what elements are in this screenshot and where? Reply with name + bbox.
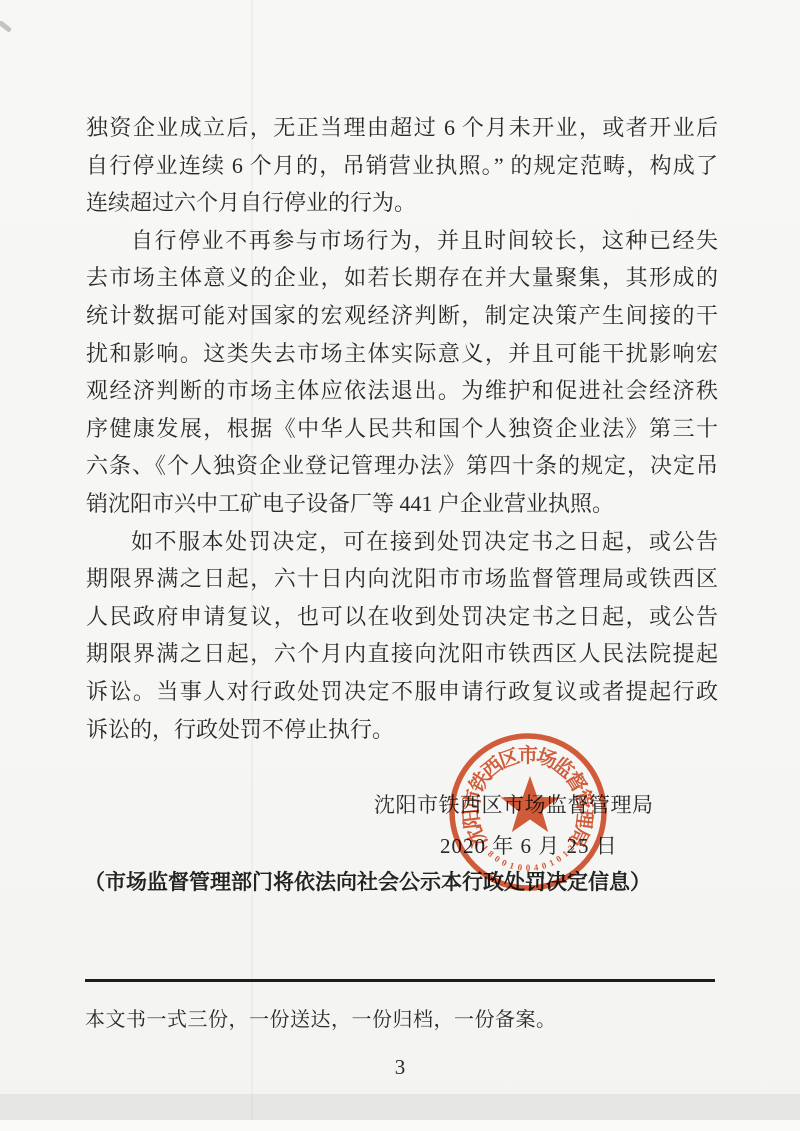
text-line: 连续超过六个月自行停业的行为。 [86,184,718,222]
text-line: 六条、《个人独资企业登记管理办法》第四十条的规定，决定吊 [86,447,718,485]
seal-code-digit: 0 [500,857,509,868]
official-red-seal: 沈阳市铁西区市场监督管理局2101040010081 [448,732,608,892]
scan-artifact-mark [0,20,12,33]
seal-code-digit: 0 [517,862,523,873]
scan-bottom-edge [0,1094,800,1120]
seal-code-digit: 1 [508,860,516,871]
document-body: 独资企业成立后，无正当理由超过 6 个月未开业，或者开业后自行停业连续 6 个月… [86,109,718,748]
scanned-document-page: 独资企业成立后，无正当理由超过 6 个月未开业，或者开业后自行停业连续 6 个月… [0,0,800,1131]
text-line: 诉讼。当事人对行政处罚决定不服申请行政复议或者提起行政 [86,673,718,711]
text-line: 自行停业不再参与市场行为，并且时间较长，这种已经失 [86,222,718,260]
text-line: 统计数据可能对国家的宏观经济判断，制定决策产生间接的干 [86,297,718,335]
text-line: 期限界满之日起，六十日内向沈阳市市场监督管理局或铁西区 [86,560,718,598]
footer-divider [85,979,715,982]
text-line: 扰和影响。这类失去市场主体实际意义，并且可能干扰影响宏 [86,335,718,373]
text-line: 期限界满之日起，六个月内直接向沈阳市铁西区人民法院提起 [86,635,718,673]
scan-bottom-strip [0,1120,800,1131]
text-line: 独资企业成立后，无正当理由超过 6 个月未开业，或者开业后 [86,109,718,147]
page-number: 3 [0,1055,800,1080]
text-line: 销沈阳市兴中工矿电子设备厂等 441 户企业营业执照。 [86,485,718,523]
text-line: 观经济判断的市场主体应依法退出。为维护和促进社会经济秩 [86,372,718,410]
seal-code-digit: 0 [526,863,531,873]
seal-code-digit: 4 [533,862,539,873]
seal-star-icon [501,776,560,832]
text-line: 如不服本处罚决定，可在接到处罚决定书之日起，或公告 [86,523,718,561]
text-line: 序健康发展，根据《中华人民共和国个人独资企业法》第三十 [86,410,718,448]
seal-code-digit: 0 [541,860,549,871]
text-line: 自行停业连续 6 个月的，吊销营业执照。” 的规定范畴，构成了 [86,147,718,185]
text-line: 人民政府申请复议，也可以在收到处罚决定书之日起，或公告 [86,598,718,636]
copies-note: 本文书一式三份，一份送达，一份归档，一份备案。 [85,1003,557,1032]
text-line: 去市场主体意义的企业，如若长期存在并大量聚集，其形成的 [86,259,718,297]
text-line: 诉讼的，行政处罚不停止执行。 [86,711,718,749]
